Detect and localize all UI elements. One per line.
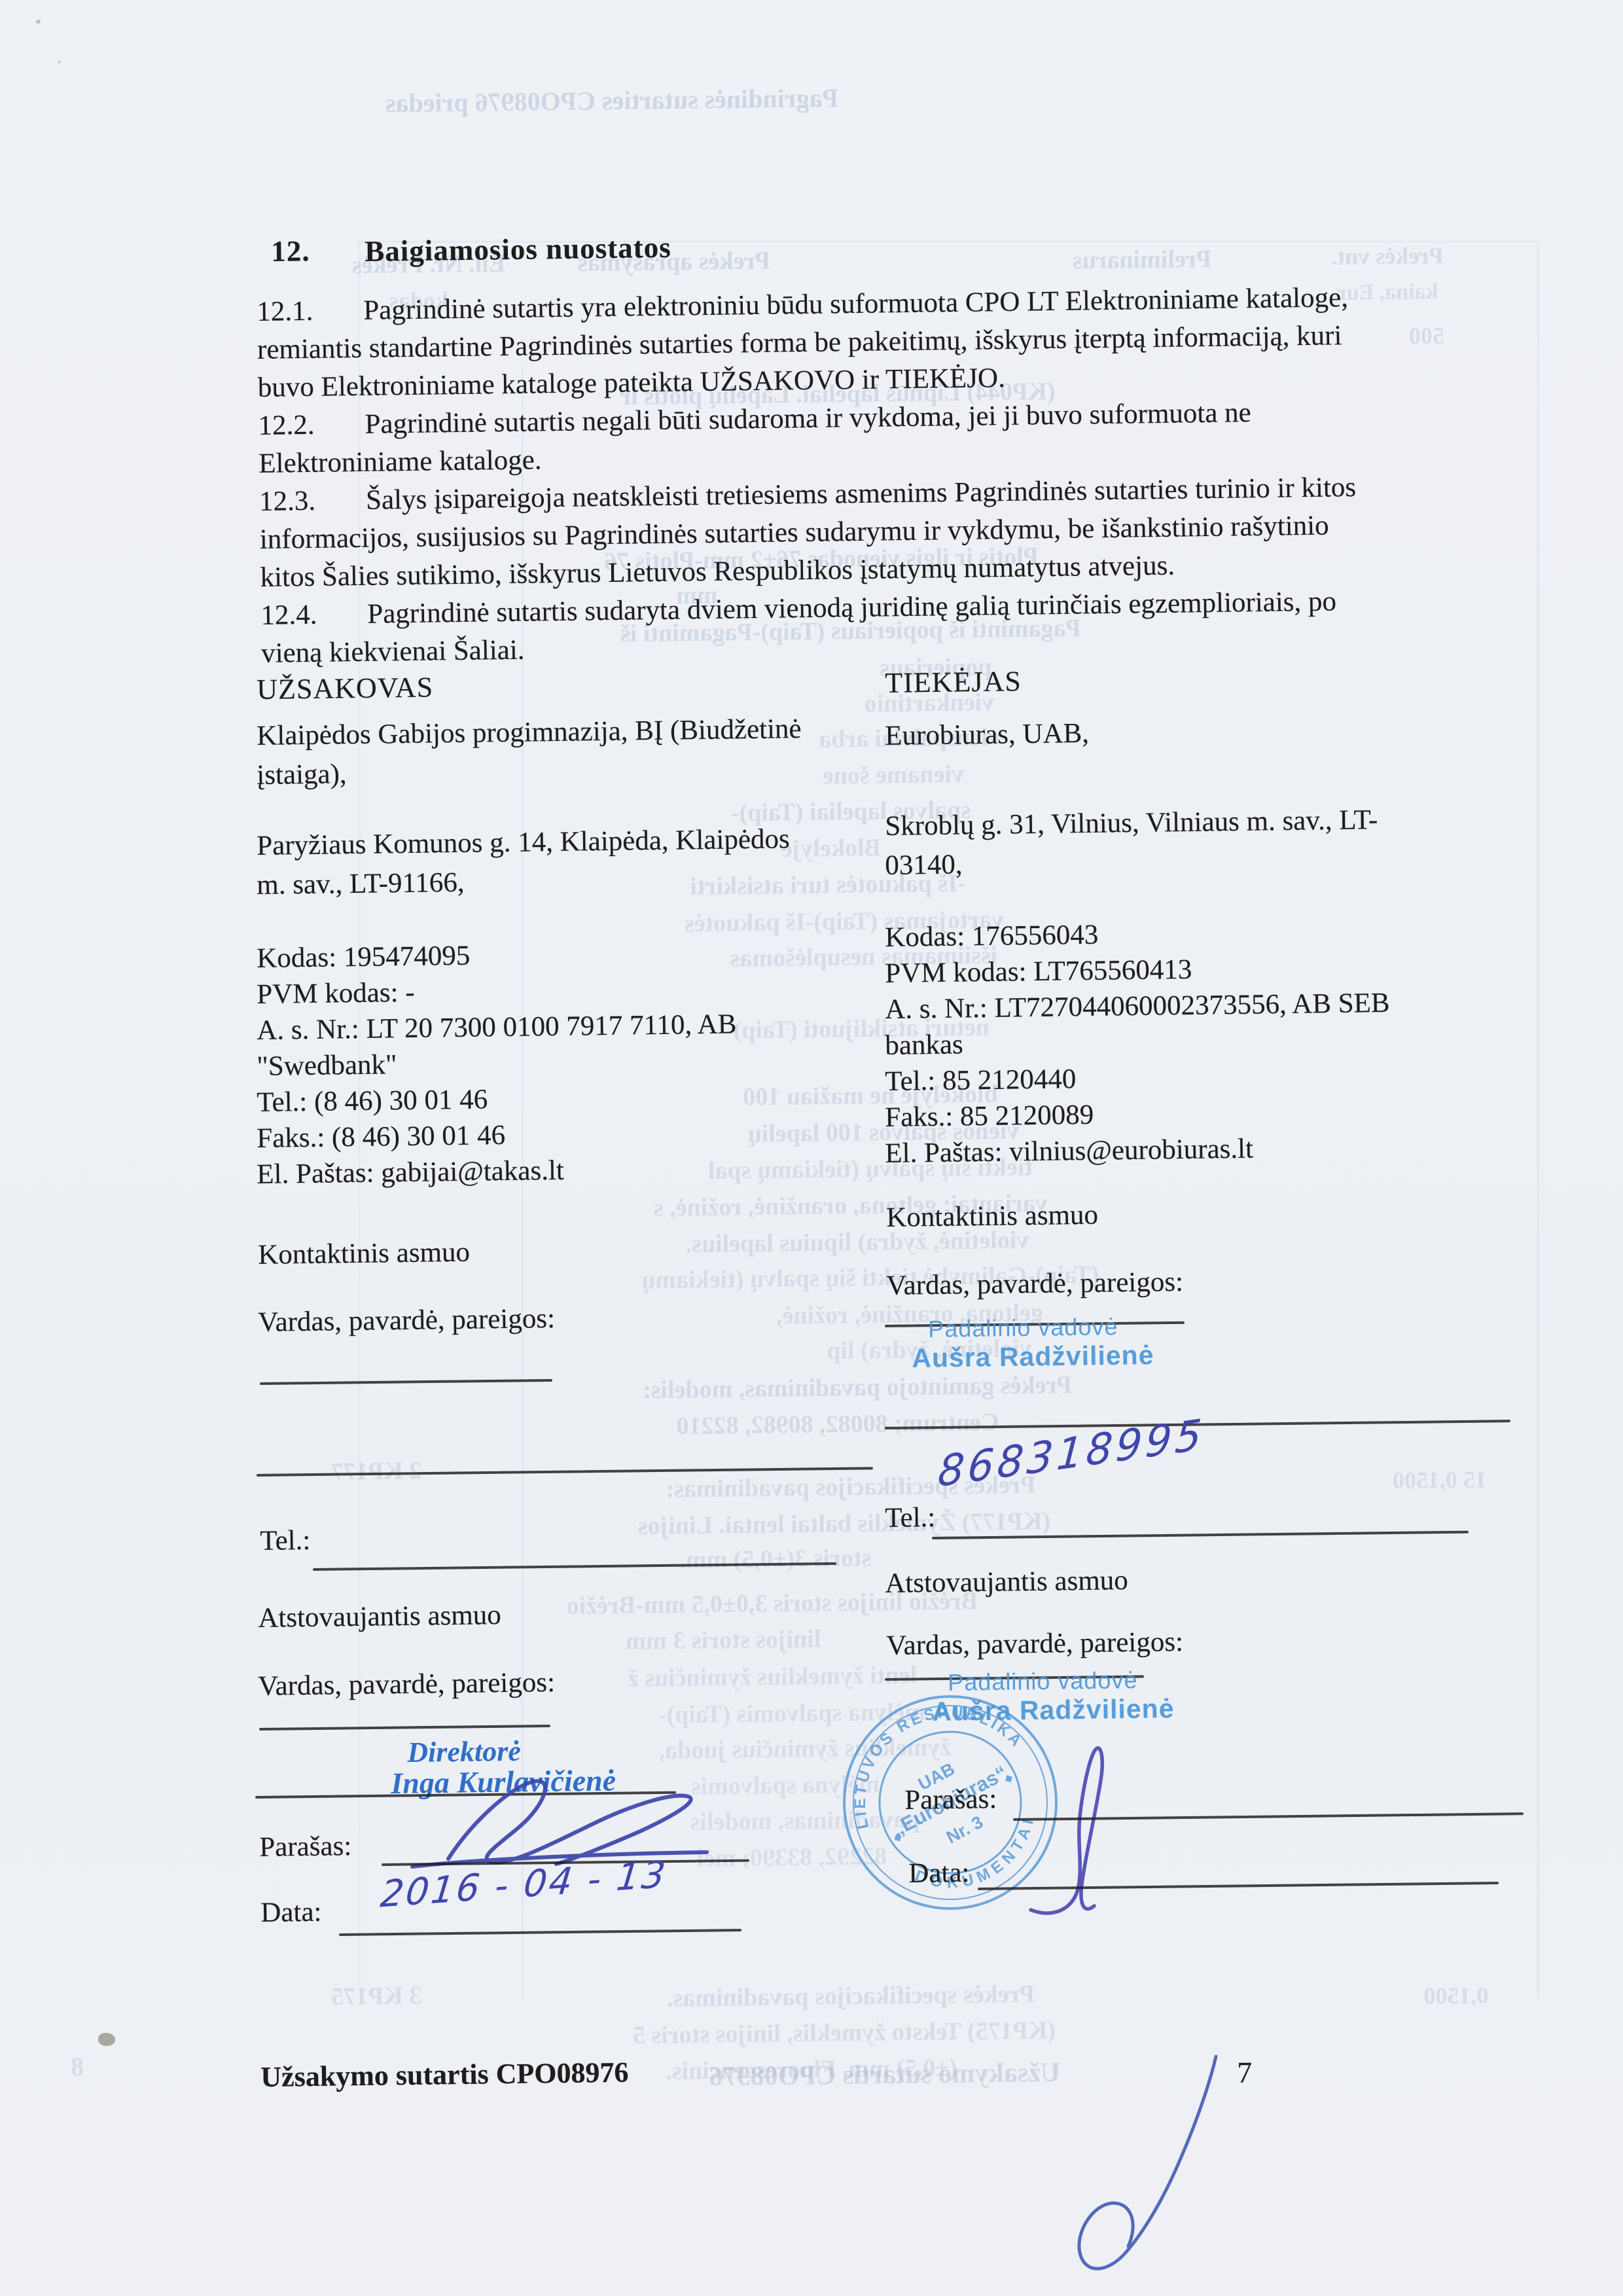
bleedthrough-text: Prekės gamintojo pavadinimas, modelis: (643, 1371, 1072, 1405)
buyer-date-line (339, 1929, 741, 1936)
clause-number: 12.3. (259, 484, 366, 518)
supplier-stamp-name: Aušra Radžvilienė (912, 1340, 1154, 1374)
bleedthrough-text: (KP175) Teksto žymeklis, linijos storis … (633, 2016, 1056, 2050)
bleedthrough-text: Centrum; 80082, 80982, 82210 (676, 1408, 999, 1441)
clause-number: 12.4. (260, 598, 368, 632)
clause-number: 12.2. (258, 408, 365, 442)
buyer-representative-label: Atstovaujantis asmuo (258, 1599, 501, 1634)
bleedthrough-text: Prekės specifikacijos pavadinimas. (667, 1980, 1035, 2013)
buyer-date-label: Data: (260, 1896, 322, 1929)
bleedthrough-text: storis 3(±0,5) mm. (679, 1543, 872, 1575)
buyer-address: Paryžiaus Komunos g. 14, Klaipėda, Klaip… (257, 823, 790, 862)
buyer-bank-account: A. s. Nr.: LT 20 7300 0100 7917 7110, AB (257, 1008, 737, 1047)
buyer-signature-ink (399, 1761, 726, 1875)
bleedthrough-text: viename šone (823, 760, 965, 791)
supplier-phone: Tel.: 85 2120440 (885, 1063, 1077, 1098)
supplier-fax: Faks.: 85 2120089 (885, 1099, 1094, 1134)
bleedthrough-text: Blokelyje (781, 833, 882, 863)
supplier-address: 03140, (885, 848, 963, 882)
supplier-name: Eurobiuras, UAB, (885, 717, 1089, 752)
seal-center-number: Nr. 3 (943, 1812, 986, 1848)
footer-document-reference: Užsakymo sutartis CPO08976 (260, 2056, 629, 2094)
scan-smudge (98, 2033, 115, 2046)
buyer-contact-tel-label: Tel.: (260, 1524, 311, 1557)
supplier-bank-name: bankas (885, 1028, 963, 1062)
scan-speck (58, 60, 61, 63)
bleedthrough-text: Pagrindinės sutarties CPO08976 priedas (385, 82, 839, 118)
supplier-signature-label: Parašas: (904, 1783, 997, 1816)
bleedthrough-text: Užsakymo sutartis CPO08976 (709, 2057, 1060, 2093)
buyer-representative-name-label: Vardas, pavardė, pareigos: (258, 1666, 555, 1702)
supplier-header: TIEKĖJAS (885, 664, 1022, 700)
bleedthrough-text: 8 (71, 2051, 84, 2082)
bleedthrough-text: Prekės vnt. (1331, 242, 1444, 270)
clause-number: 12.1. (257, 295, 364, 328)
bleedthrough-text: 2 KP177 (331, 1456, 422, 1486)
supplier-bank-account: A. s. Nr.: LT727044060002373556, AB SEB (885, 987, 1390, 1026)
buyer-bank-name: "Swedbank" (257, 1049, 397, 1083)
buyer-company-code: Kodas: 195474095 (257, 940, 471, 975)
supplier-contact-person-label: Kontaktinis asmuo (886, 1199, 1098, 1234)
section-title: Baigiamosios nuostatos (365, 230, 671, 268)
footer-pen-flourish (1044, 2047, 1241, 2276)
supplier-email: El. Paštas: vilnius@eurobiuras.lt (885, 1133, 1253, 1170)
buyer-fax: Faks.: (8 46) 30 01 46 (257, 1119, 505, 1155)
scan-speck (36, 20, 41, 24)
bleedthrough-text: 3 KP175 (331, 1981, 422, 2011)
bleedthrough-text: 0,1500 (1423, 1981, 1489, 2009)
buyer-email: El. Paštas: gabijai@takas.lt (257, 1155, 564, 1191)
buyer-header: UŽSAKOVAS (257, 670, 433, 706)
buyer-representative-line (259, 1725, 550, 1731)
buyer-contact-name-line (260, 1379, 552, 1385)
buyer-signature-label: Parašas: (259, 1830, 352, 1863)
supplier-date-label: Data: (908, 1857, 970, 1890)
buyer-address: m. sav., LT-91166, (257, 867, 465, 901)
supplier-representative-label: Atstovaujantis asmuo (885, 1564, 1128, 1600)
buyer-contact-person-label: Kontaktinis asmuo (258, 1236, 470, 1271)
buyer-name: įstaiga), (257, 758, 347, 791)
supplier-representative-name-label: Vardas, pavardė, pareigos: (886, 1626, 1183, 1662)
final-provisions-clauses: 12.1.Pagrindinė sutartis yra elektronini… (257, 279, 1570, 675)
supplier-company-code: Kodas: 176556043 (885, 919, 1099, 954)
supplier-address: Skroblų g. 31, Vilnius, Vilniaus m. sav.… (885, 804, 1378, 842)
bleedthrough-text: linijos storis 3 mm (625, 1624, 821, 1656)
buyer-vat-code: PVM kodas: - (257, 977, 415, 1011)
buyer-name: Klaipėdos Gabijos progimnazija, BĮ (Biud… (257, 713, 802, 752)
bleedthrough-text: 15 0,1500 (1393, 1465, 1488, 1494)
buyer-contact-name-label: Vardas, pavardė, pareigos: (258, 1302, 555, 1338)
supplier-vat-code: PVM kodas: LT765560413 (885, 954, 1192, 990)
supplier-stamp-title: Padalinio vadovė (928, 1313, 1118, 1343)
supplier-contact-name-label: Vardas, pavardė, pareigos: (886, 1266, 1183, 1302)
bleedthrough-text: Preliminarus (1072, 245, 1211, 276)
scanned-contract-page: Pagrindinės sutarties CPO08976 priedasEi… (0, 0, 1623, 2296)
section-number: 12. (271, 234, 310, 268)
buyer-phone: Tel.: (8 46) 30 01 46 (257, 1083, 488, 1119)
supplier-contact-tel-label: Tel.: (885, 1501, 936, 1534)
